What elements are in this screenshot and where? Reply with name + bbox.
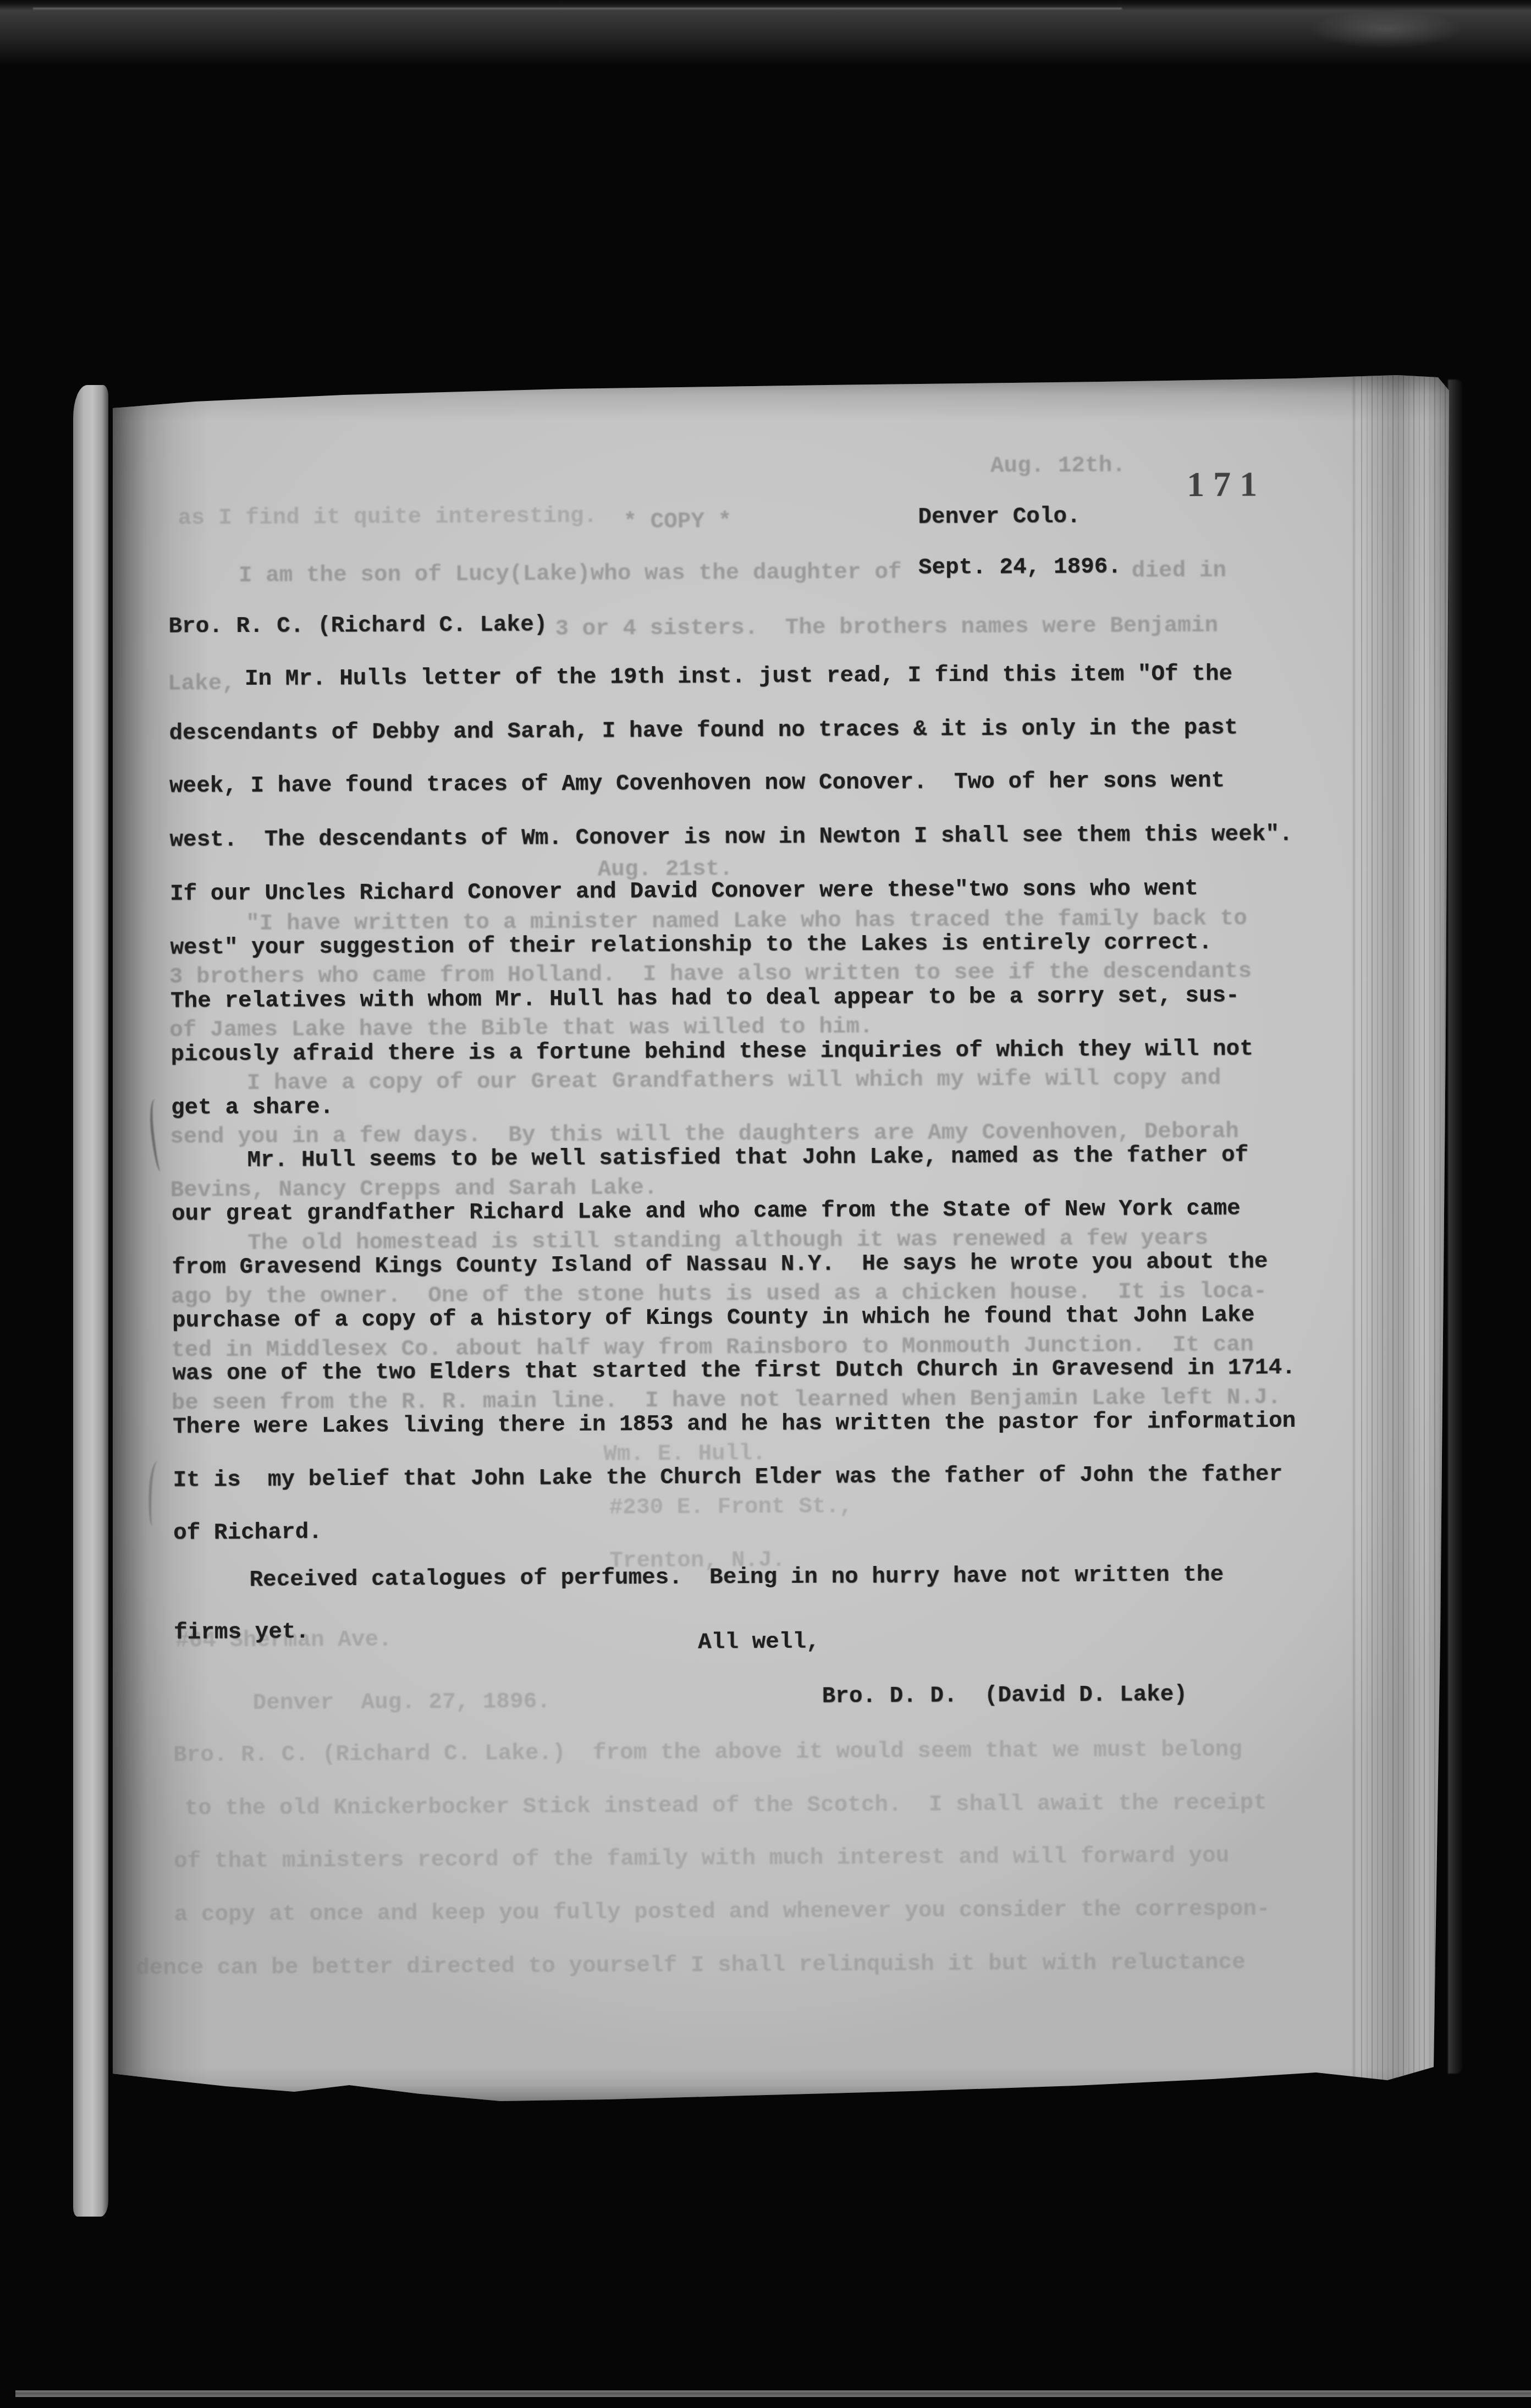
bleedthrough-line: to the old Knickerbocker Stick instead o… [185, 1791, 1268, 1821]
typed-line: purchase of a copy of a history of Kings… [172, 1303, 1255, 1333]
typed-line: west" your suggestion of their relations… [170, 931, 1212, 961]
bleedthrough-line: Aug. 12th. [990, 454, 1126, 479]
typed-line: The relatives with whom Mr. Hull has had… [170, 984, 1240, 1014]
typed-line: Bro. D. D. (David D. Lake) [822, 1683, 1188, 1709]
letter-text-layer: 171 Aug. 12th. as I find it quite intere… [0, 0, 1531, 2408]
typed-line: firms yet. [174, 1620, 309, 1645]
bleedthrough-line: * COPY * [623, 509, 731, 535]
typed-line: Mr. Hull seems to be well satisfied that… [247, 1143, 1248, 1173]
typed-line: Sept. 24, 1896. [918, 555, 1121, 581]
bleedthrough-line: 3 or 4 sisters. The brothers names were … [555, 614, 1218, 642]
typed-line: was one of the two Elders that started t… [172, 1356, 1295, 1387]
typed-line: Received catalogues of perfumes. Being i… [249, 1563, 1224, 1593]
typed-line: Denver Colo. [918, 504, 1080, 530]
typed-line: of Richard. [173, 1520, 322, 1546]
bleedthrough-line: I have a copy of our Great Grandfathers … [247, 1066, 1221, 1096]
bleedthrough-line: dence can be better directed to yourself… [136, 1950, 1246, 1981]
bleedthrough-line: Denver Aug. 27, 1896. [253, 1690, 551, 1716]
typed-line: If our Uncles Richard Conover and David … [170, 877, 1198, 907]
typed-line: get a share. [171, 1095, 333, 1121]
bleedthrough-line: Lake, [168, 672, 235, 697]
typed-line: In Mr. Hulls letter of the 19th inst. ju… [245, 662, 1232, 692]
typed-line: from Gravesend Kings County Island of Na… [172, 1250, 1268, 1280]
microfilm-photo: 171 Aug. 12th. as I find it quite intere… [0, 0, 1531, 2408]
typed-line: our great grandfather Richard Lake and w… [172, 1197, 1241, 1227]
typed-line: All well, [698, 1630, 820, 1656]
ink-mark [147, 1460, 163, 1526]
typed-line: week, I have found traces of Amy Covenho… [169, 769, 1225, 799]
film-bottom-edge [15, 2390, 1531, 2397]
page-number-stamp: 171 [1187, 464, 1266, 505]
bleedthrough-line: of that ministers record of the family w… [174, 1844, 1229, 1874]
bleedthrough-line: #230 E. Front St., [609, 1494, 853, 1520]
typed-line: descendants of Debby and Sarah, I have f… [169, 716, 1238, 746]
typed-line: There were Lakes living there in 1853 an… [173, 1409, 1296, 1440]
typed-line: picously afraid there is a fortune behin… [170, 1037, 1253, 1067]
bleedthrough-line: as I find it quite interesting. [178, 504, 597, 531]
ink-mark [147, 1098, 168, 1172]
typed-line: It is my belief that John Lake the Churc… [173, 1463, 1282, 1493]
bleedthrough-line: a copy at once and keep you fully posted… [174, 1897, 1270, 1928]
typed-line: Bro. R. C. (Richard C. Lake) [168, 613, 547, 640]
bleedthrough-line: Wm. E. Hull. [603, 1442, 765, 1467]
bleedthrough-line: Bro. R. C. (Richard C. Lake.) from the a… [173, 1738, 1242, 1768]
typed-line: west. The descendants of Wm. Conover is … [169, 822, 1292, 853]
